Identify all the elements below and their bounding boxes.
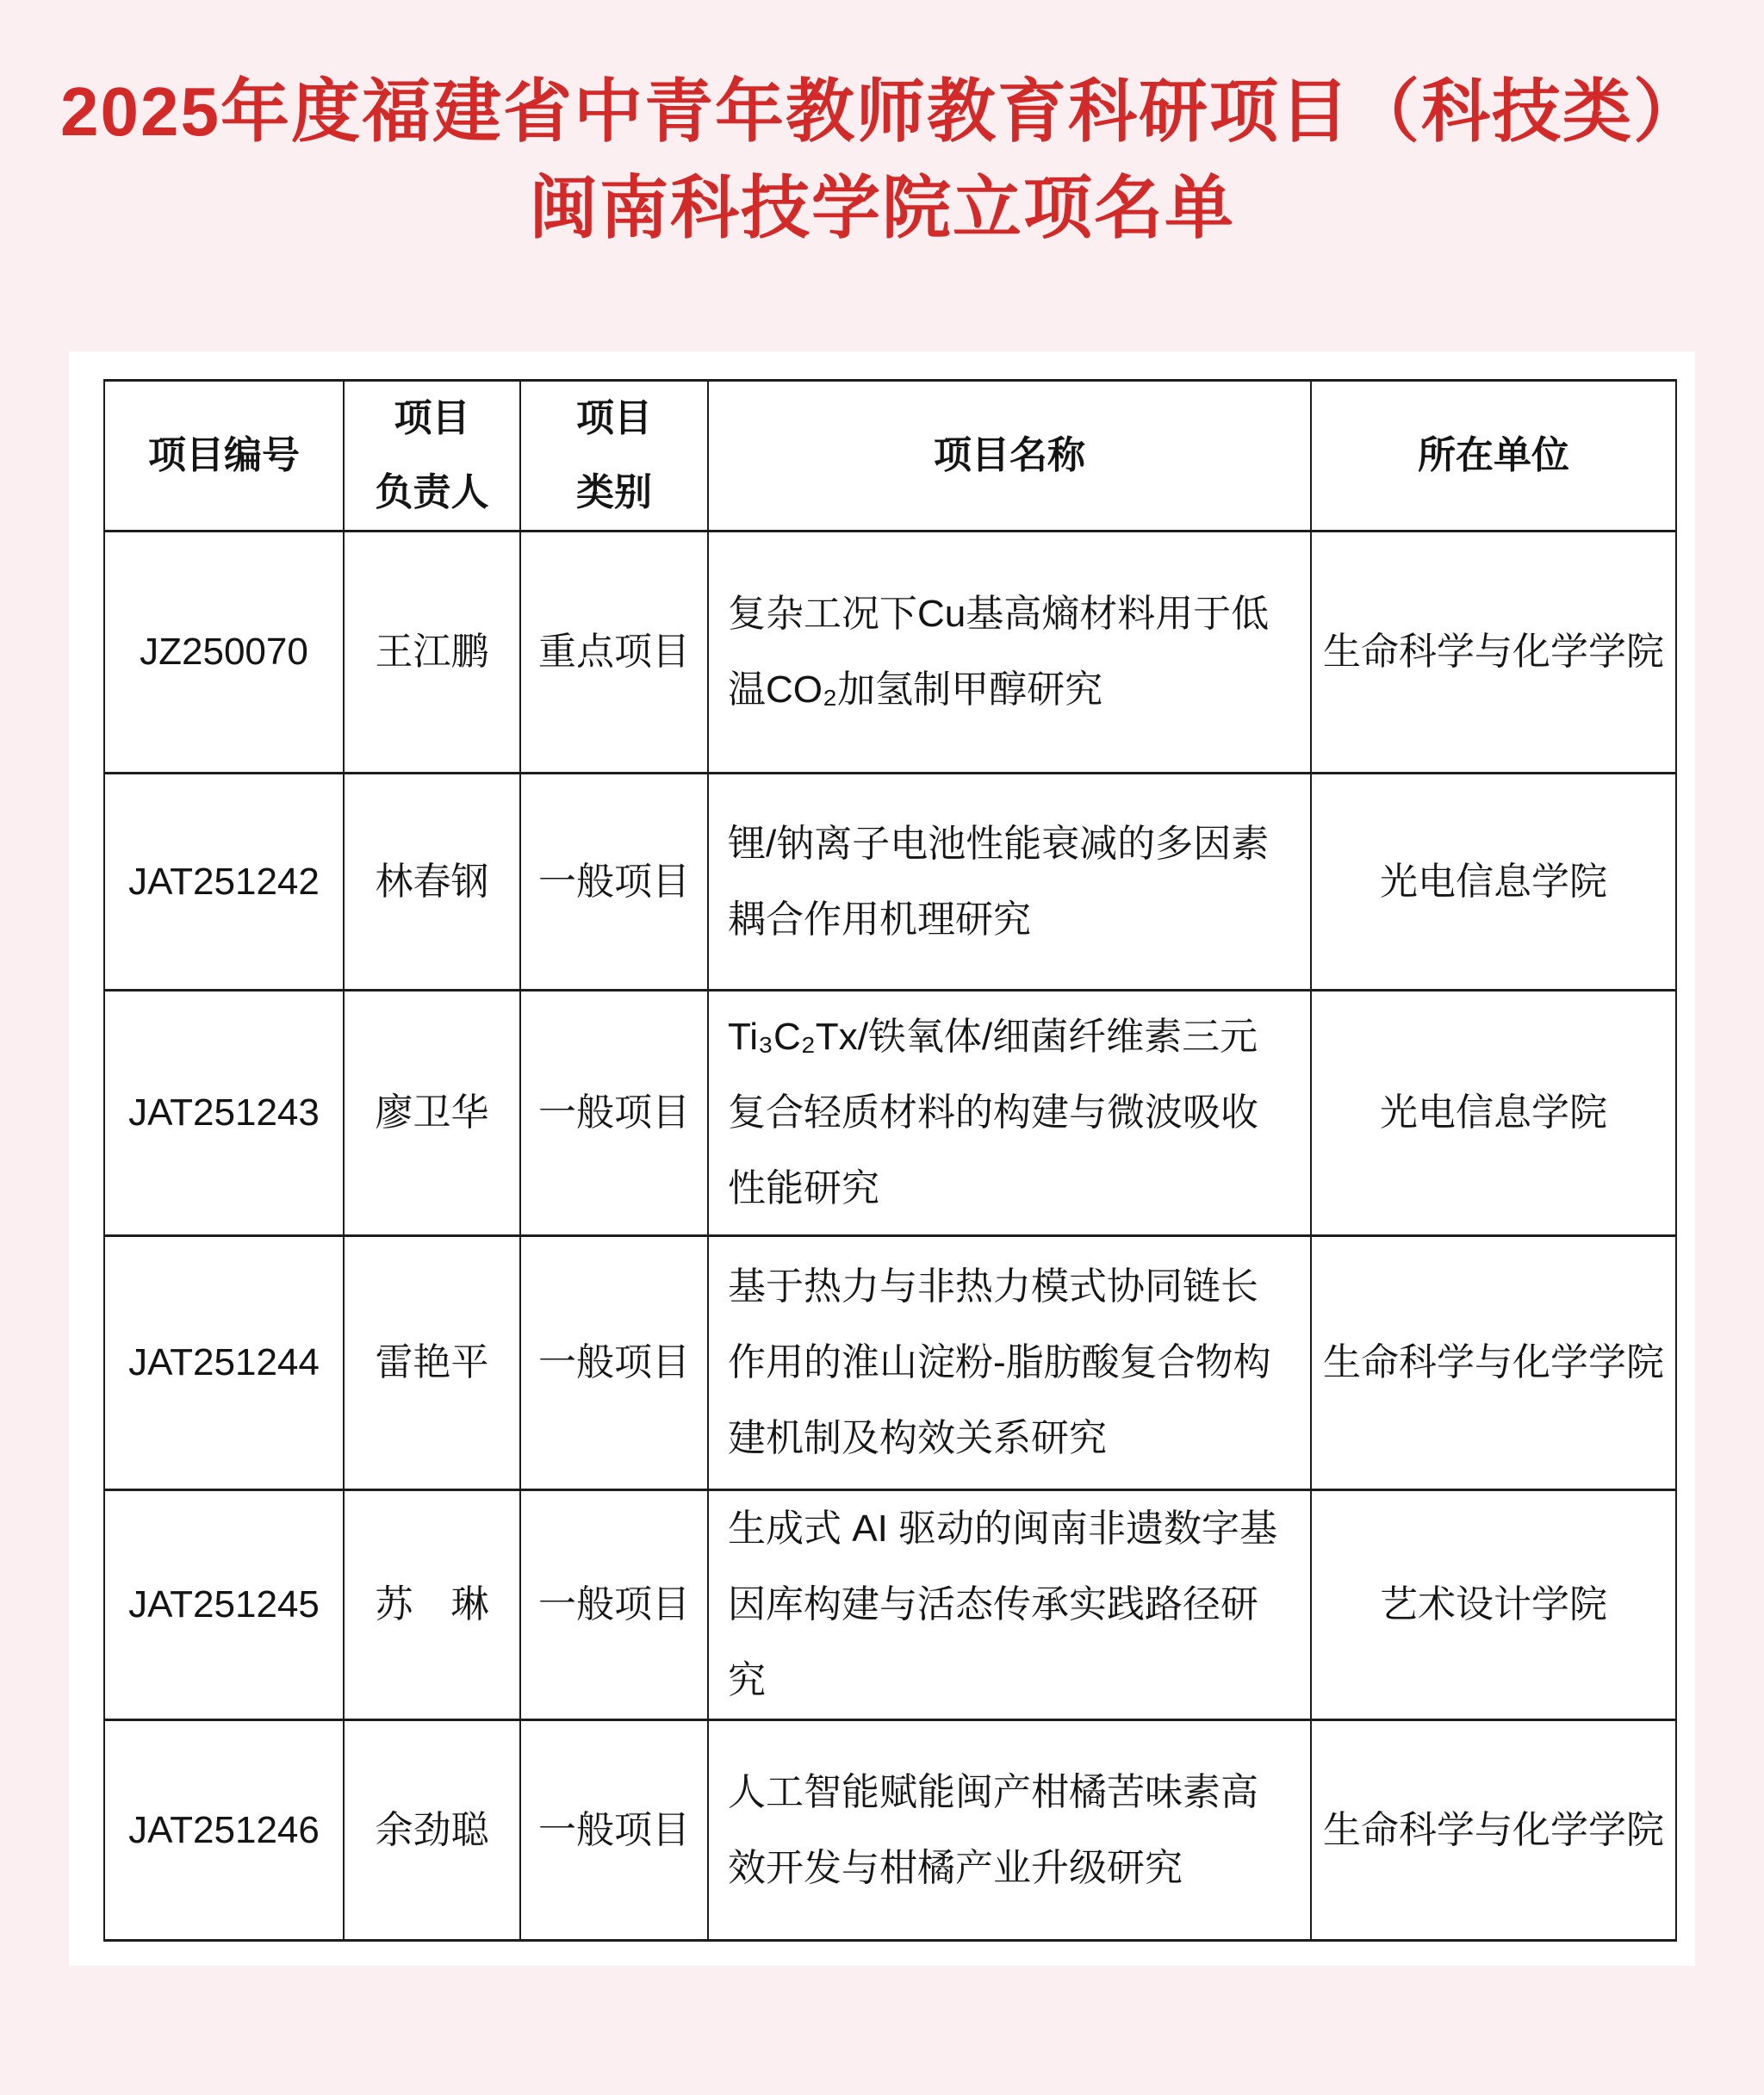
table-header: 项目编号 项目 负责人 项目 类别 项目名称 所在单位 bbox=[104, 381, 1676, 532]
cell-project-category: 一般项目 bbox=[520, 1490, 708, 1720]
title-line-2: 闽南科技学院立项名单 bbox=[0, 160, 1764, 257]
header-unit: 所在单位 bbox=[1311, 381, 1676, 532]
cell-project-name: 基于热力与非热力模式协同链长作用的淮山淀粉-脂肪酸复合物构建机制及构效关系研究 bbox=[708, 1236, 1311, 1490]
cell-project-name: 复杂工况下Cu基高熵材料用于低温CO₂加氢制甲醇研究 bbox=[708, 532, 1311, 774]
cell-project-leader: 雷艳平 bbox=[344, 1236, 520, 1490]
poster-title: 2025年度福建省中青年教师教育科研项目（科技类） 闽南科技学院立项名单 bbox=[0, 64, 1764, 257]
table-row: JZ250070 王江鹏 重点项目 复杂工况下Cu基高熵材料用于低温CO₂加氢制… bbox=[104, 532, 1676, 774]
table-row: JAT251243 廖卫华 一般项目 Ti₃C₂Tx/铁氧体/细菌纤维素三元复合… bbox=[104, 991, 1676, 1236]
title-line-1: 2025年度福建省中青年教师教育科研项目（科技类） bbox=[0, 64, 1764, 160]
cell-project-code: JZ250070 bbox=[104, 532, 344, 774]
cell-unit: 生命科学与化学学院 bbox=[1311, 532, 1676, 774]
cell-project-name: 人工智能赋能闽产柑橘苦味素高效开发与柑橘产业升级研究 bbox=[708, 1720, 1311, 1941]
cell-unit: 生命科学与化学学院 bbox=[1311, 1236, 1676, 1490]
cell-project-leader: 廖卫华 bbox=[344, 991, 520, 1236]
cell-project-leader: 林春钢 bbox=[344, 774, 520, 991]
cell-project-leader: 余劲聪 bbox=[344, 1720, 520, 1941]
cell-unit: 生命科学与化学学院 bbox=[1311, 1720, 1676, 1941]
cell-unit: 光电信息学院 bbox=[1311, 774, 1676, 991]
cell-project-name: 生成式 AI 驱动的闽南非遗数字基因库构建与活态传承实践路径研究 bbox=[708, 1490, 1311, 1720]
header-project-category: 项目 类别 bbox=[520, 381, 708, 532]
header-project-leader: 项目 负责人 bbox=[344, 381, 520, 532]
table-row: JAT251242 林春钢 一般项目 锂/钠离子电池性能衰减的多因素耦合作用机理… bbox=[104, 774, 1676, 991]
cell-project-name: Ti₃C₂Tx/铁氧体/细菌纤维素三元复合轻质材料的构建与微波吸收性能研究 bbox=[708, 991, 1311, 1236]
cell-project-leader: 苏 琳 bbox=[344, 1490, 520, 1720]
cell-project-category: 一般项目 bbox=[520, 1236, 708, 1490]
cell-project-code: JAT251244 bbox=[104, 1236, 344, 1490]
table-body: JZ250070 王江鹏 重点项目 复杂工况下Cu基高熵材料用于低温CO₂加氢制… bbox=[104, 532, 1676, 1941]
cell-project-category: 一般项目 bbox=[520, 991, 708, 1236]
cell-unit: 光电信息学院 bbox=[1311, 991, 1676, 1236]
cell-project-code: JAT251243 bbox=[104, 991, 344, 1236]
cell-project-leader: 王江鹏 bbox=[344, 532, 520, 774]
cell-project-category: 一般项目 bbox=[520, 1720, 708, 1941]
table-row: JAT251245 苏 琳 一般项目 生成式 AI 驱动的闽南非遗数字基因库构建… bbox=[104, 1490, 1676, 1720]
projects-table: 项目编号 项目 负责人 项目 类别 项目名称 所在单位 JZ250070 王江鹏… bbox=[103, 379, 1677, 1942]
table-row: JAT251246 余劲聪 一般项目 人工智能赋能闽产柑橘苦味素高效开发与柑橘产… bbox=[104, 1720, 1676, 1941]
header-row: 项目编号 项目 负责人 项目 类别 项目名称 所在单位 bbox=[104, 381, 1676, 532]
header-project-code: 项目编号 bbox=[104, 381, 344, 532]
header-project-name: 项目名称 bbox=[708, 381, 1311, 532]
cell-project-category: 重点项目 bbox=[520, 532, 708, 774]
cell-project-code: JAT251246 bbox=[104, 1720, 344, 1941]
cell-project-code: JAT251245 bbox=[104, 1490, 344, 1720]
table-row: JAT251244 雷艳平 一般项目 基于热力与非热力模式协同链长作用的淮山淀粉… bbox=[104, 1236, 1676, 1490]
cell-unit: 艺术设计学院 bbox=[1311, 1490, 1676, 1720]
table-card: 项目编号 项目 负责人 项目 类别 项目名称 所在单位 JZ250070 王江鹏… bbox=[69, 351, 1695, 1966]
cell-project-code: JAT251242 bbox=[104, 774, 344, 991]
cell-project-name: 锂/钠离子电池性能衰减的多因素耦合作用机理研究 bbox=[708, 774, 1311, 991]
cell-project-category: 一般项目 bbox=[520, 774, 708, 991]
